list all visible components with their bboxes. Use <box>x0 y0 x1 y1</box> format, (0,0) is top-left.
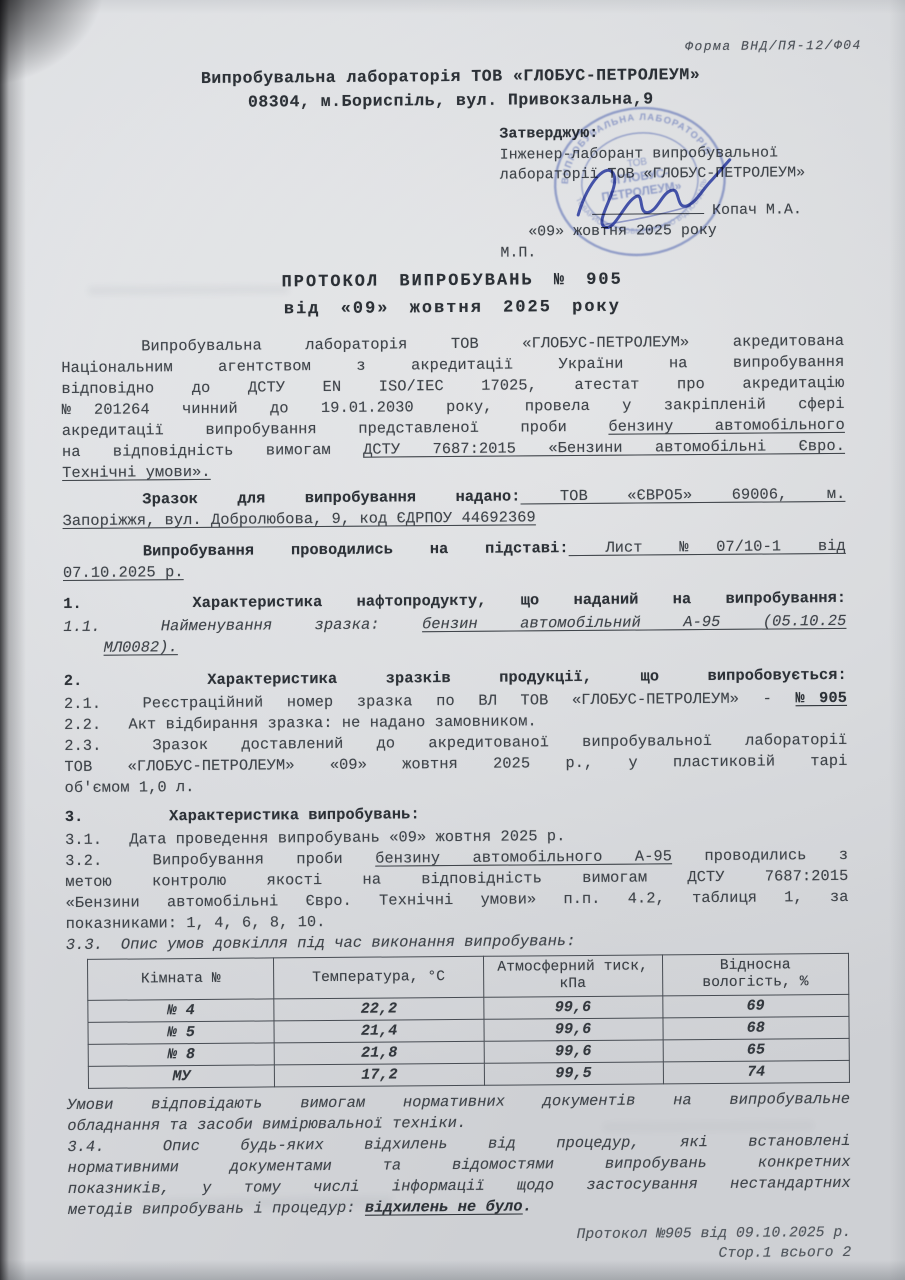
paper-sheet: Форма ВНД/ПЯ-12/Ф04 Випробувальна лабора… <box>0 0 905 1280</box>
table-cell: № 4 <box>88 999 275 1022</box>
field-label: Зразок для випробування надано: <box>142 487 520 508</box>
table-cell: 99,6 <box>484 996 663 1019</box>
col-header-pressure: Атмосферний тиск, кПа <box>483 955 662 997</box>
text-segment: Опис умов довкілля під час виконання вип… <box>121 932 576 954</box>
underlined-segment: бензину автомобільного А-95 <box>375 847 672 867</box>
conditions-note: Умови відповідають вимогам нормативних д… <box>67 1089 850 1137</box>
accreditation-paragraph: Випробувальна лабораторія ТОВ «ГЛОБУС-ПЕ… <box>61 331 845 484</box>
sample-reg-number: №905 <box>795 689 847 707</box>
text-segment: на відповідність вимогам <box>62 441 363 461</box>
text-segment: Дата проведення випробувань «09» жовтня … <box>129 827 565 848</box>
underlined-segment: МЛ0082). <box>103 638 177 657</box>
underlined-segment: Лист №07/10-1 від <box>569 537 846 557</box>
col-header-room: Кімната № <box>87 958 274 1000</box>
env-conditions-table: Кімната № Температура, °С Атмосферний ти… <box>87 953 850 1089</box>
underlined-segment: бензину автомобільного <box>608 416 845 436</box>
deviations-statement: відхилень не було <box>365 1197 523 1216</box>
field-label: Найменування зразка: <box>161 615 422 635</box>
item-number: 3.1. <box>65 830 120 851</box>
table-cell: 99,6 <box>484 1018 663 1041</box>
protocol-date-line: від «09» жовтня 2025 року <box>61 292 844 325</box>
underlined-segment: ТОВ «ЄВРО5» 69006, м. <box>520 485 845 506</box>
field-label: Випробування проводились на підставі: <box>143 539 569 560</box>
sample-provided-paragraph: Зразок для випробування надано: ТОВ «ЄВР… <box>62 484 845 532</box>
text-segment: акредитації випробування представленої п… <box>62 418 609 440</box>
form-code: Форма ВНД/ПЯ-12/Ф04 <box>59 35 862 62</box>
signature-scribble <box>562 144 738 241</box>
scanned-document-photo: Форма ВНД/ПЯ-12/Ф04 Випробувальна лабора… <box>0 0 905 1280</box>
item-3-2: 3.2. Випробування проби бензину автомобі… <box>65 845 849 935</box>
text-segment: Реєстраційний номер зразка по ВЛ ТОВ «ГЛ… <box>143 689 796 712</box>
underlined-segment: 07.10.2025 р. <box>63 563 184 582</box>
underlined-segment: бензин автомобільний А-95 (05.10.25 <box>422 612 846 633</box>
table-cell: 17,2 <box>275 1063 484 1087</box>
underlined-segment: Технічні умови». <box>62 463 211 482</box>
document-title: ПРОТОКОЛ ВИПРОБУВАНЬ № 905 від «09» жовт… <box>61 265 844 325</box>
col-header-temperature: Температура, °С <box>274 956 484 999</box>
item-number: 2.1. <box>64 694 119 715</box>
document-content: Форма ВНД/ПЯ-12/Ф04 Випробувальна лабора… <box>0 0 905 1280</box>
table-cell: 99,5 <box>484 1062 663 1085</box>
page-footer: Протокол №905 від 09.10.2025 р. Стор.1 в… <box>68 1223 851 1269</box>
table-cell: 65 <box>663 1038 850 1061</box>
table-cell: 21,8 <box>275 1041 484 1065</box>
section-number: 1. <box>63 593 158 615</box>
table-cell: № 8 <box>88 1043 275 1066</box>
text-segment: проводились з <box>672 846 848 865</box>
item-2-3: 2.3. Зразок доставлений до акредитованої… <box>64 730 847 799</box>
table-cell: 68 <box>663 1016 850 1039</box>
table-cell: № 5 <box>88 1021 275 1044</box>
section-number: 2. <box>64 670 159 692</box>
table-cell: 21,4 <box>274 1019 483 1043</box>
test-basis-paragraph: Випробування проводились на підставі: Ли… <box>63 536 846 584</box>
text-segment: . <box>523 1197 532 1215</box>
underlined-segment: ДСТУ 7687:2015 «Бензини автомобільні Євр… <box>363 437 845 459</box>
item-3-4: 3.4. Опис будь-яких відхилень від процед… <box>67 1131 851 1221</box>
col-header-humidity: Відносна вологість, % <box>662 953 849 995</box>
text-segment: методів випробувань і процедур: <box>68 1199 365 1219</box>
item-number: 3.2. <box>65 851 120 872</box>
table-header-row: Кімната № Температура, °С Атмосферний ти… <box>87 953 848 1000</box>
item-number: 2.2. <box>64 715 119 736</box>
section-title: Характеристика зразків продукції, що вип… <box>207 666 847 689</box>
section-number: 3. <box>65 806 160 828</box>
text-segment: Акт відбирання зразка: не надано замовни… <box>128 712 536 733</box>
item-number: 2.3. <box>64 736 119 757</box>
text-segment: Випробування проби <box>153 850 376 870</box>
item-number: 1.1. <box>63 617 118 638</box>
item-number: 3.4. <box>67 1137 122 1158</box>
underlined-segment: Запоріжжя, вул. Добролюбова, 9, код ЄДРП… <box>62 508 535 530</box>
table-cell: 69 <box>662 994 849 1017</box>
table-cell: 22,2 <box>274 997 483 1021</box>
table-cell: МУ <box>88 1065 275 1088</box>
section-title: Характеристика нафтопродукту, що наданий… <box>192 589 846 612</box>
table-cell: 99,6 <box>484 1040 663 1063</box>
signature-stroke <box>578 160 731 228</box>
item-1-1: 1.1. Найменування зразка: бензин автомоб… <box>63 611 846 659</box>
section-title: Характеристика випробувань: <box>169 805 420 825</box>
item-number: 3.3. <box>66 935 121 956</box>
table-row: МУ 17,2 99,5 74 <box>88 1060 849 1088</box>
table-cell: 74 <box>663 1060 850 1083</box>
